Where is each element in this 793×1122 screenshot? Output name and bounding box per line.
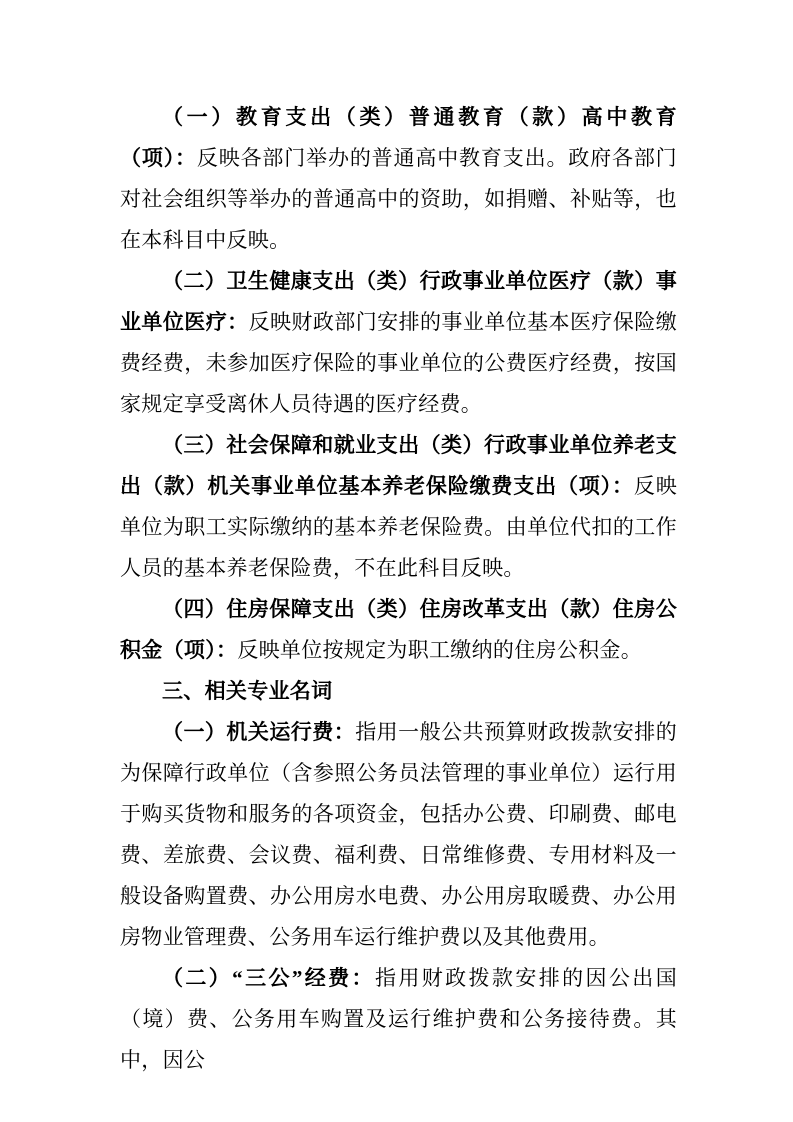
section-heading-terms: 三、相关专业名词 — [120, 671, 677, 712]
clause-paragraph-three-public-funds: （二）“三公”经费：指用财政拨款安排的因公出国（境）费、公务用车购置及运行维护费… — [120, 958, 677, 1081]
clause-body: 反映单位按规定为职工缴纳的住房公积金。 — [237, 638, 642, 662]
document-page: （一）教育支出（类）普通教育（款）高中教育（项）：反映各部门举办的普通高中教育支… — [0, 0, 793, 1122]
document-text-block: （一）教育支出（类）普通教育（款）高中教育（项）：反映各部门举办的普通高中教育支… — [120, 97, 677, 1081]
clause-body: 指用一般公共预算财政拨款安排的为保障行政单位（含参照公务员法管理的事业单位）运行… — [120, 720, 677, 949]
clause-lead: （一）机关运行费： — [162, 720, 355, 744]
clause-paragraph-operating-expenses: （一）机关运行费：指用一般公共预算财政拨款安排的为保障行政单位（含参照公务员法管… — [120, 712, 677, 958]
clause-paragraph-education: （一）教育支出（类）普通教育（款）高中教育（项）：反映各部门举办的普通高中教育支… — [120, 97, 677, 261]
clause-lead: （三）社会保障和就业支出（类）行政事业单位养老支出（款）机关事业单位基本养老保险… — [120, 433, 677, 498]
clause-lead: （二）“三公”经费： — [162, 966, 375, 990]
clause-paragraph-health: （二）卫生健康支出（类）行政事业单位医疗（款）事业单位医疗：反映财政部门安排的事… — [120, 261, 677, 425]
clause-paragraph-housing: （四）住房保障支出（类）住房改革支出（款）住房公积金（项）：反映单位按规定为职工… — [120, 589, 677, 671]
clause-paragraph-social-security: （三）社会保障和就业支出（类）行政事业单位养老支出（款）机关事业单位基本养老保险… — [120, 425, 677, 589]
clause-body: 反映各部门举办的普通高中教育支出。政府各部门对社会组织等举办的普通高中的资助，如… — [120, 146, 677, 252]
section-heading-text: 三、相关专业名词 — [162, 680, 332, 703]
